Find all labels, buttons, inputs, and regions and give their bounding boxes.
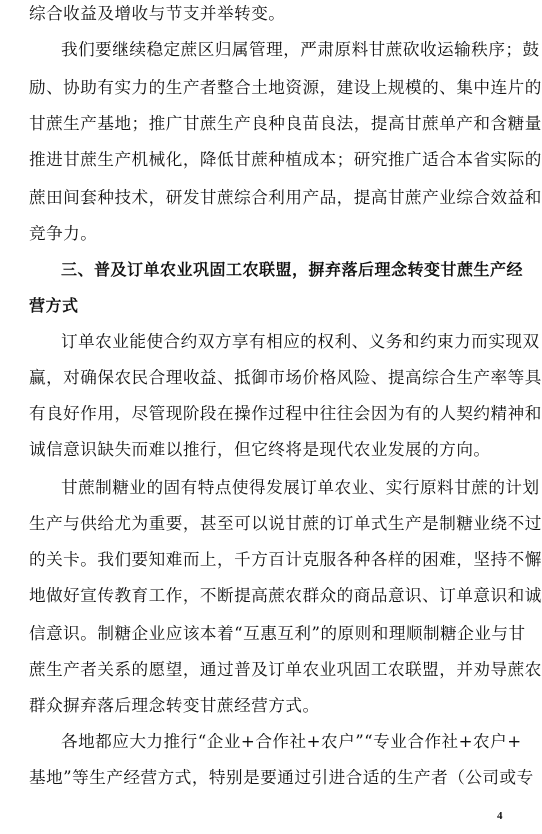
paragraph-start-line: 各地都应大力推行“企业+合作社+农户”“专业合作社+农户+ <box>61 732 542 752</box>
text-line: 生产与供给尤为重要，甚至可以说甘蔗的订单式生产是制糖业绕不过 <box>29 514 513 534</box>
paragraph-start-line: 我们要继续稳定蔗区归属管理，严肃原料甘蔗砍收运输秩序；鼓 <box>61 40 542 60</box>
text-line: 励、协助有实力的生产者整合土地资源，建设上规模的、集中连片的 <box>29 78 513 98</box>
text-line: 有良好作用，尽管现阶段在操作过程中往往会因为有的人契约精神和 <box>29 404 513 424</box>
text-line: 竞争力。 <box>29 224 513 244</box>
text-line: 群众摒弃落后理念转变甘蔗经营方式。 <box>29 696 513 716</box>
text-line: 赢，对确保农民合理收益、抵御市场价格风险、提高综合生产率等具 <box>29 368 513 388</box>
text-line: 地做好宣传教育工作，不断提高蔗农群众的商品意识、订单意识和诚 <box>29 586 513 606</box>
text-line: 诚信意识缺失而难以推行，但它终将是现代农业发展的方向。 <box>29 440 513 460</box>
text-line: 蔗生产者关系的愿望，通过普及订单农业巩固工农联盟，并劝导蔗农 <box>29 660 513 680</box>
text-line: 基地”等生产经营方式，特别是要通过引进合适的生产者（公司或专 <box>29 768 513 788</box>
text-line: 推进甘蔗生产机械化，降低甘蔗种植成本；研究推广适合本省实际的 <box>29 150 513 170</box>
document-page: 综合收益及增收与节支并举转变。 我们要继续稳定蔗区归属管理，严肃原料甘蔗砍收运输… <box>0 0 542 834</box>
text-line: 信意识。制糖企业应该本着“互惠互利”的原则和理顺制糖企业与甘 <box>29 624 513 644</box>
section-heading: 三、普及订单农业巩固工农联盟，摒弃落后理念转变甘蔗生产经 <box>61 260 542 280</box>
section-heading-continuation: 营方式 <box>29 296 513 316</box>
page-number: 4 <box>497 810 503 822</box>
paragraph-start-line: 甘蔗制糖业的固有特点使得发展订单农业、实行原料甘蔗的计划 <box>61 478 542 498</box>
paragraph-start-line: 订单农业能使合约双方享有相应的权利、义务和约束力而实现双 <box>61 332 542 352</box>
text-line: 的关卡。我们要知难而上，千方百计克服各种各样的困难，坚持不懈 <box>29 550 513 570</box>
text-line: 综合收益及增收与节支并举转变。 <box>29 4 513 24</box>
text-line: 蔗田间套种技术，研发甘蔗综合利用产品，提高甘蔗产业综合效益和 <box>29 188 513 208</box>
text-line: 甘蔗生产基地；推广甘蔗生产良种良苗良法，提高甘蔗单产和含糖量； <box>29 114 513 134</box>
